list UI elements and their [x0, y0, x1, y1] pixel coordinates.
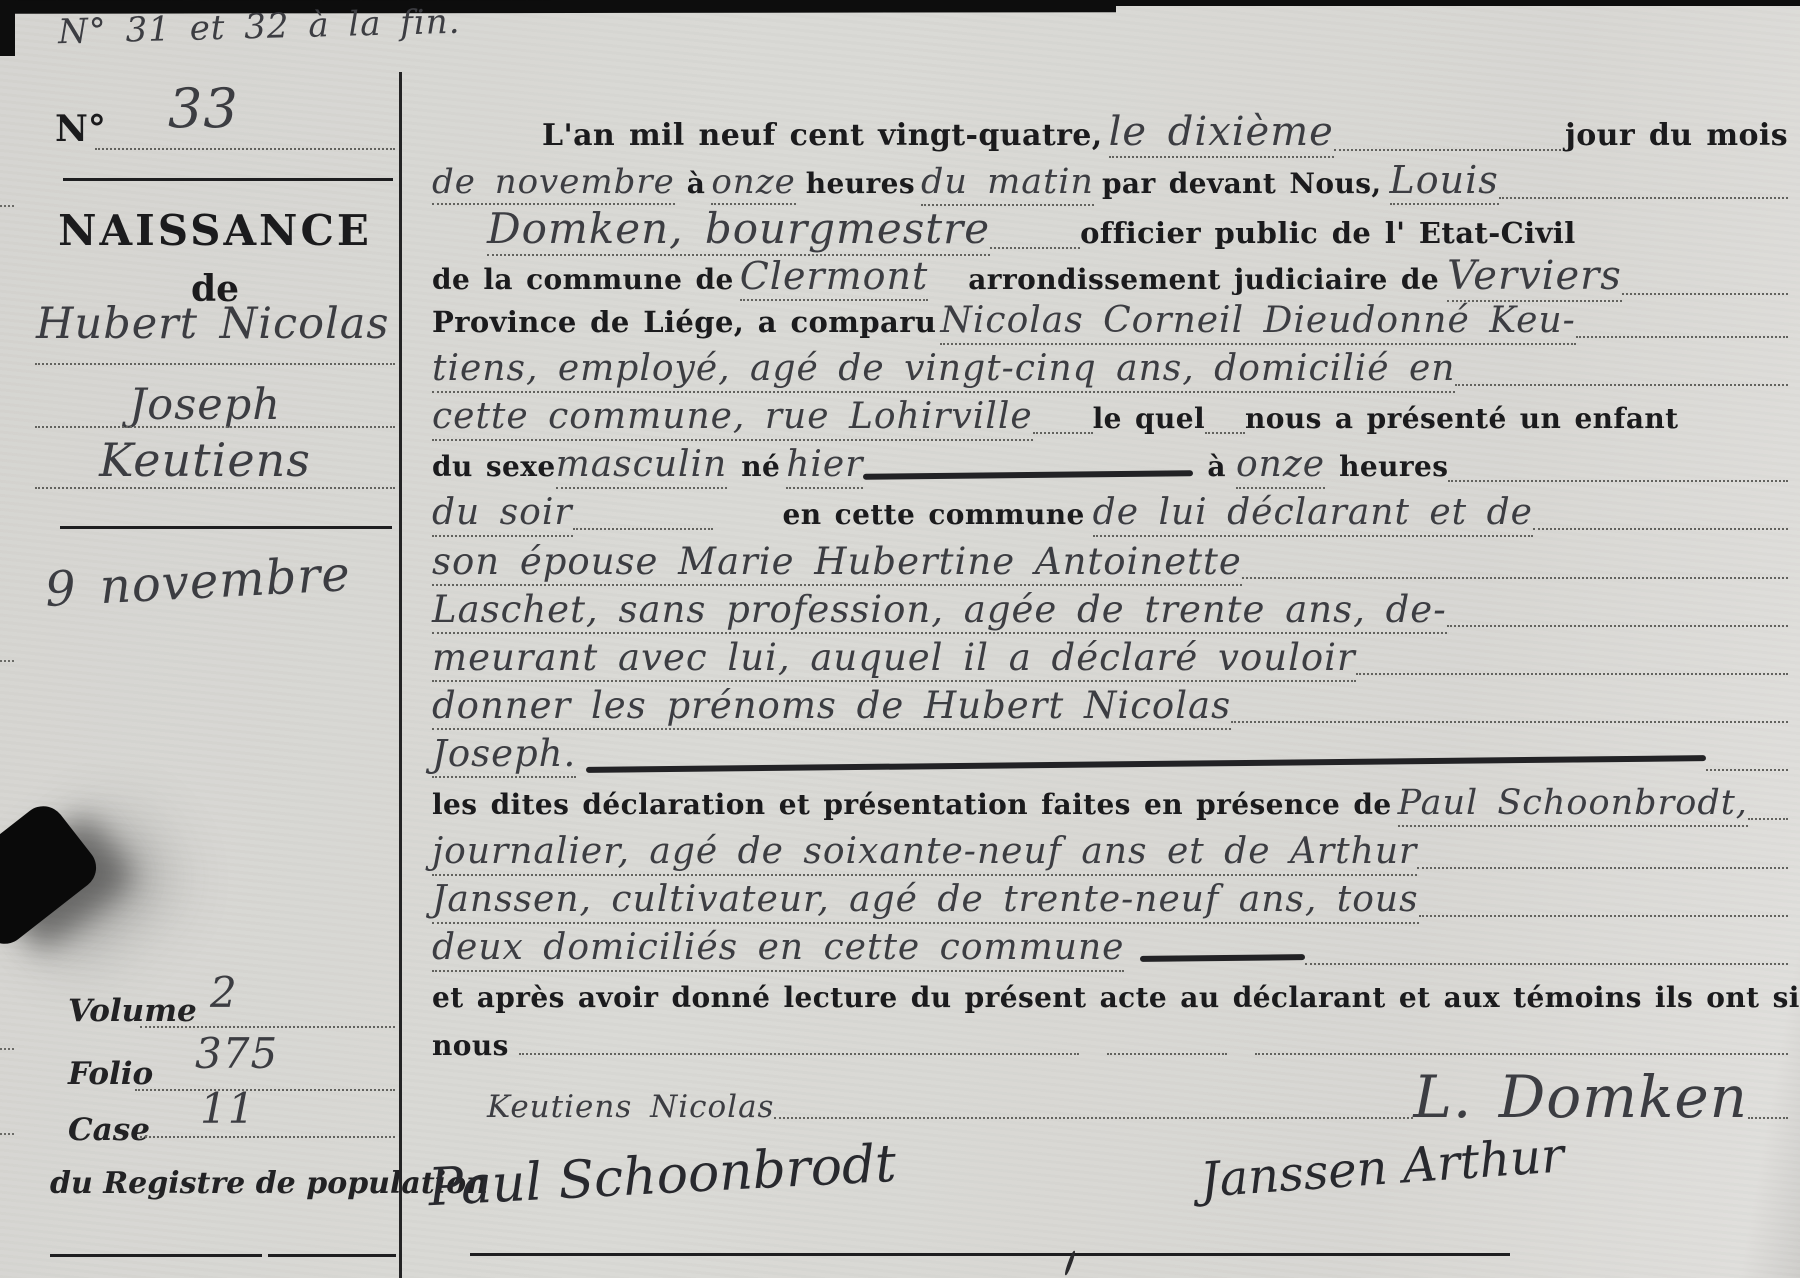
printed-text: et après avoir donné lecture du présent …: [432, 981, 1800, 1014]
child-name-line2: Joseph: [40, 384, 370, 427]
spacer: [1085, 523, 1093, 524]
printed-text: par devant Nous,: [1102, 167, 1382, 200]
handwritten-text: L. Domken: [1413, 1068, 1748, 1126]
volume-value: 2: [210, 972, 238, 1014]
handwritten-text: Keutiens Nicolas: [487, 1092, 774, 1123]
act-line: tiens, employé, agé de vingt-cinq ans, d…: [432, 351, 1788, 393]
handwritten-text: deux domiciliés en cette commune: [432, 930, 1124, 972]
act-line: cette commune, rue Lohirvillele quelnous…: [432, 399, 1788, 441]
column-divider-rule: [399, 72, 402, 1278]
spacer: [1576, 242, 1800, 243]
dotted-leader: [990, 247, 1080, 249]
printed-text: à: [687, 167, 706, 200]
printed-text: nous: [432, 1029, 509, 1062]
handwritten-text: de lui déclarant et de: [1093, 495, 1533, 537]
dotted-leader: [1419, 915, 1788, 917]
handwritten-text: Louis: [1390, 161, 1499, 205]
dotted-leader: [1576, 336, 1788, 338]
folio-label: Folio: [68, 1056, 153, 1092]
page-clip: [0, 797, 105, 952]
handwritten-text: tiens, employé, agé de vingt-cinq ans, d…: [432, 351, 1455, 393]
handwritten-text: hier: [786, 447, 863, 489]
act-line: journalier, agé de soixante-neuf ans et …: [432, 834, 1788, 876]
dotted-leader: [573, 528, 713, 530]
spacer: [509, 1054, 519, 1055]
case-label: Case: [68, 1112, 150, 1148]
dotted-rule: [35, 426, 395, 428]
margin-rule: [60, 526, 392, 529]
dotted-leader: [1305, 963, 1788, 965]
handwritten-text: de novembre: [432, 165, 675, 205]
edge-mark: [0, 205, 14, 207]
printed-text: né: [741, 450, 780, 483]
margin-rule: [63, 178, 393, 181]
printed-text: nous a présenté un enfant: [1245, 402, 1678, 435]
act-line: meurant avec lui, auquel il a déclaré vo…: [432, 639, 1788, 682]
handwritten-text: du matin: [921, 165, 1094, 206]
dotted-rule: [135, 1089, 395, 1091]
margin-date-note: 9 novembre: [44, 550, 352, 614]
dotted-leader: [774, 1117, 1413, 1119]
register-label: du Registre de population: [50, 1166, 488, 1201]
spacer: [1079, 1054, 1107, 1055]
handwritten-text: Nicolas Corneil Dieudonné Keu-: [940, 303, 1575, 345]
top-margin-note: N° 31 et 32 à la fin.: [58, 5, 461, 50]
scan-edge-corner: [0, 0, 15, 56]
dotted-rule: [140, 1026, 395, 1028]
act-line: nous: [432, 1029, 1788, 1062]
handwritten-text: le dixième: [1109, 112, 1334, 158]
dotted-leader: [1242, 577, 1788, 579]
dotted-leader: [1231, 721, 1788, 723]
spacer: [928, 288, 968, 289]
handwritten-text: onze: [711, 165, 795, 205]
printed-text: du sexe: [432, 450, 556, 483]
handwritten-text: donner les prénoms de Hubert Nicolas: [432, 687, 1231, 730]
handwritten-text: Janssen, cultivateur, agé de trente-neuf…: [432, 882, 1419, 924]
handwritten-text: Verviers: [1447, 256, 1622, 302]
ink-stroke: [1140, 954, 1305, 962]
spacer: [576, 765, 586, 766]
handwritten-text: Paul Schoonbrodt,: [1398, 786, 1748, 827]
spacer: [796, 192, 806, 193]
dotted-leader: [519, 1053, 1079, 1055]
case-value: 11: [200, 1088, 255, 1130]
birth-record-scan: N° 31 et 32 à la fin. N° 33 NAISSANCE de…: [0, 0, 1800, 1278]
ink-stroke: [863, 470, 1193, 479]
printed-text: à: [1207, 450, 1226, 483]
act-line: les dites déclaration et présentation fa…: [432, 786, 1788, 827]
printed-text: en cette commune: [783, 498, 1085, 531]
handwritten-text: Joseph.: [432, 735, 576, 778]
act-line: Domken, bourgmestreofficier public de l'…: [432, 208, 1788, 256]
dotted-rule: [95, 148, 395, 150]
dotted-leader: [1706, 769, 1788, 771]
margin-bottom-rule: [268, 1254, 396, 1257]
edge-mark: [0, 1048, 14, 1050]
printed-text: jour du mois: [1565, 118, 1788, 153]
spacer: [1193, 475, 1207, 476]
act-line: Keutiens NicolasL. Domken: [432, 1068, 1788, 1126]
spacer: [1439, 288, 1447, 289]
act-line: Joseph.: [432, 735, 1788, 778]
printed-text: heures: [1339, 450, 1448, 483]
act-line: Laschet, sans profession, agée de trente…: [432, 591, 1788, 634]
act-line: donner les prénoms de Hubert Nicolas: [432, 687, 1788, 730]
handwritten-text: onze: [1236, 447, 1325, 489]
printed-text: le quel: [1093, 402, 1205, 435]
dotted-leader: [1533, 528, 1788, 530]
ink-stroke: [586, 755, 1706, 773]
spacer: [432, 144, 542, 145]
printed-text: officier public de l' Etat-Civil: [1080, 216, 1576, 250]
dotted-leader: [1033, 432, 1093, 434]
spacer: [675, 192, 687, 193]
handwritten-text: son épouse Marie Hubertine Antoinette: [432, 543, 1242, 586]
margin-bottom-rule: [50, 1254, 262, 1257]
spacer: [727, 475, 741, 476]
edge-mark: [0, 1133, 14, 1135]
spacer: [1094, 192, 1102, 193]
edge-mark: [0, 660, 14, 662]
handwritten-text: Clermont: [740, 257, 929, 301]
spacer: [1382, 192, 1390, 193]
printed-text: de la commune de: [432, 263, 734, 296]
dotted-leader: [1255, 1053, 1788, 1055]
dotted-rule: [140, 1136, 395, 1138]
spacer: [432, 1116, 487, 1117]
spacer: [1124, 958, 1140, 959]
act-line: deux domiciliés en cette commune: [432, 930, 1788, 972]
dotted-leader: [1107, 1053, 1227, 1055]
child-surname: Keutiens: [40, 437, 370, 483]
printed-text: arrondissement judiciaire de: [968, 263, 1439, 296]
printed-text: les dites déclaration et présentation fa…: [432, 788, 1392, 821]
act-line: son épouse Marie Hubertine Antoinette: [432, 543, 1788, 586]
dotted-leader: [1356, 673, 1788, 675]
spacer: [432, 242, 487, 243]
handwritten-text: du soir: [432, 495, 573, 537]
dotted-leader: [1455, 384, 1788, 386]
act-line: Province de Liége, a comparuNicolas Corn…: [432, 303, 1788, 345]
folio-value: 375: [195, 1033, 278, 1075]
dotted-leader: [1447, 625, 1788, 627]
handwritten-text: journalier, agé de soixante-neuf ans et …: [432, 834, 1417, 876]
act-line: et après avoir donné lecture du présent …: [432, 981, 1788, 1014]
volume-label: Volume: [68, 993, 197, 1029]
act-line: du soiren cette communede lui déclarant …: [432, 495, 1788, 537]
handwritten-text: Domken, bourgmestre: [487, 208, 990, 256]
handwritten-text: masculin: [556, 447, 728, 489]
act-line: du sexemasculinnéhieràonzeheures: [432, 447, 1788, 489]
spacer: [713, 523, 783, 524]
printed-text: Province de Liége, a comparu: [432, 305, 936, 339]
printed-text: heures: [806, 167, 915, 200]
act-line: L'an mil neuf cent vingt-quatre,le dixiè…: [432, 112, 1788, 158]
spacer: [1227, 1054, 1255, 1055]
act-bottom-rule: [470, 1253, 1510, 1256]
handwritten-text: cette commune, rue Lohirville: [432, 399, 1033, 441]
act-line: Janssen, cultivateur, agé de trente-neuf…: [432, 882, 1788, 924]
act-number-label: N°: [55, 108, 106, 150]
dotted-leader: [1334, 149, 1565, 151]
act-body: L'an mil neuf cent vingt-quatre,le dixiè…: [432, 0, 1788, 1278]
act-number-value: 33: [168, 82, 239, 136]
handwritten-text: meurant avec lui, auquel il a déclaré vo…: [432, 639, 1356, 682]
dotted-rule: [35, 363, 395, 365]
child-name-line1: Hubert Nicolas: [36, 303, 389, 346]
record-type-title: NAISSANCE: [40, 206, 390, 255]
dotted-leader: [1622, 293, 1788, 295]
dotted-leader: [1748, 818, 1788, 820]
dotted-leader: [1205, 432, 1245, 434]
act-line: de novembreàonzeheuresdu matinpar devant…: [432, 161, 1788, 206]
spacer: [1325, 475, 1339, 476]
dotted-leader: [1417, 867, 1788, 869]
act-line: de la commune deClermontarrondissement j…: [432, 256, 1788, 302]
dotted-rule: [35, 487, 395, 489]
handwritten-text: Laschet, sans profession, agée de trente…: [432, 591, 1447, 634]
spacer: [1226, 475, 1236, 476]
dotted-leader: [1748, 1117, 1788, 1119]
printed-text: L'an mil neuf cent vingt-quatre,: [542, 118, 1103, 153]
dotted-leader: [1448, 480, 1788, 482]
dotted-leader: [1499, 197, 1788, 199]
